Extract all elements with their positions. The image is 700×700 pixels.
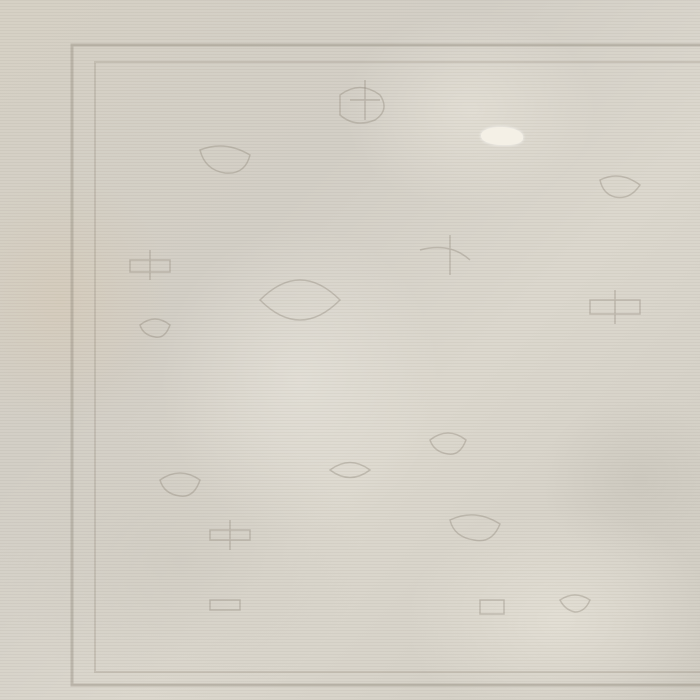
worn-spot — [481, 127, 523, 145]
rug-photo — [0, 0, 700, 700]
weave-texture — [0, 0, 700, 700]
